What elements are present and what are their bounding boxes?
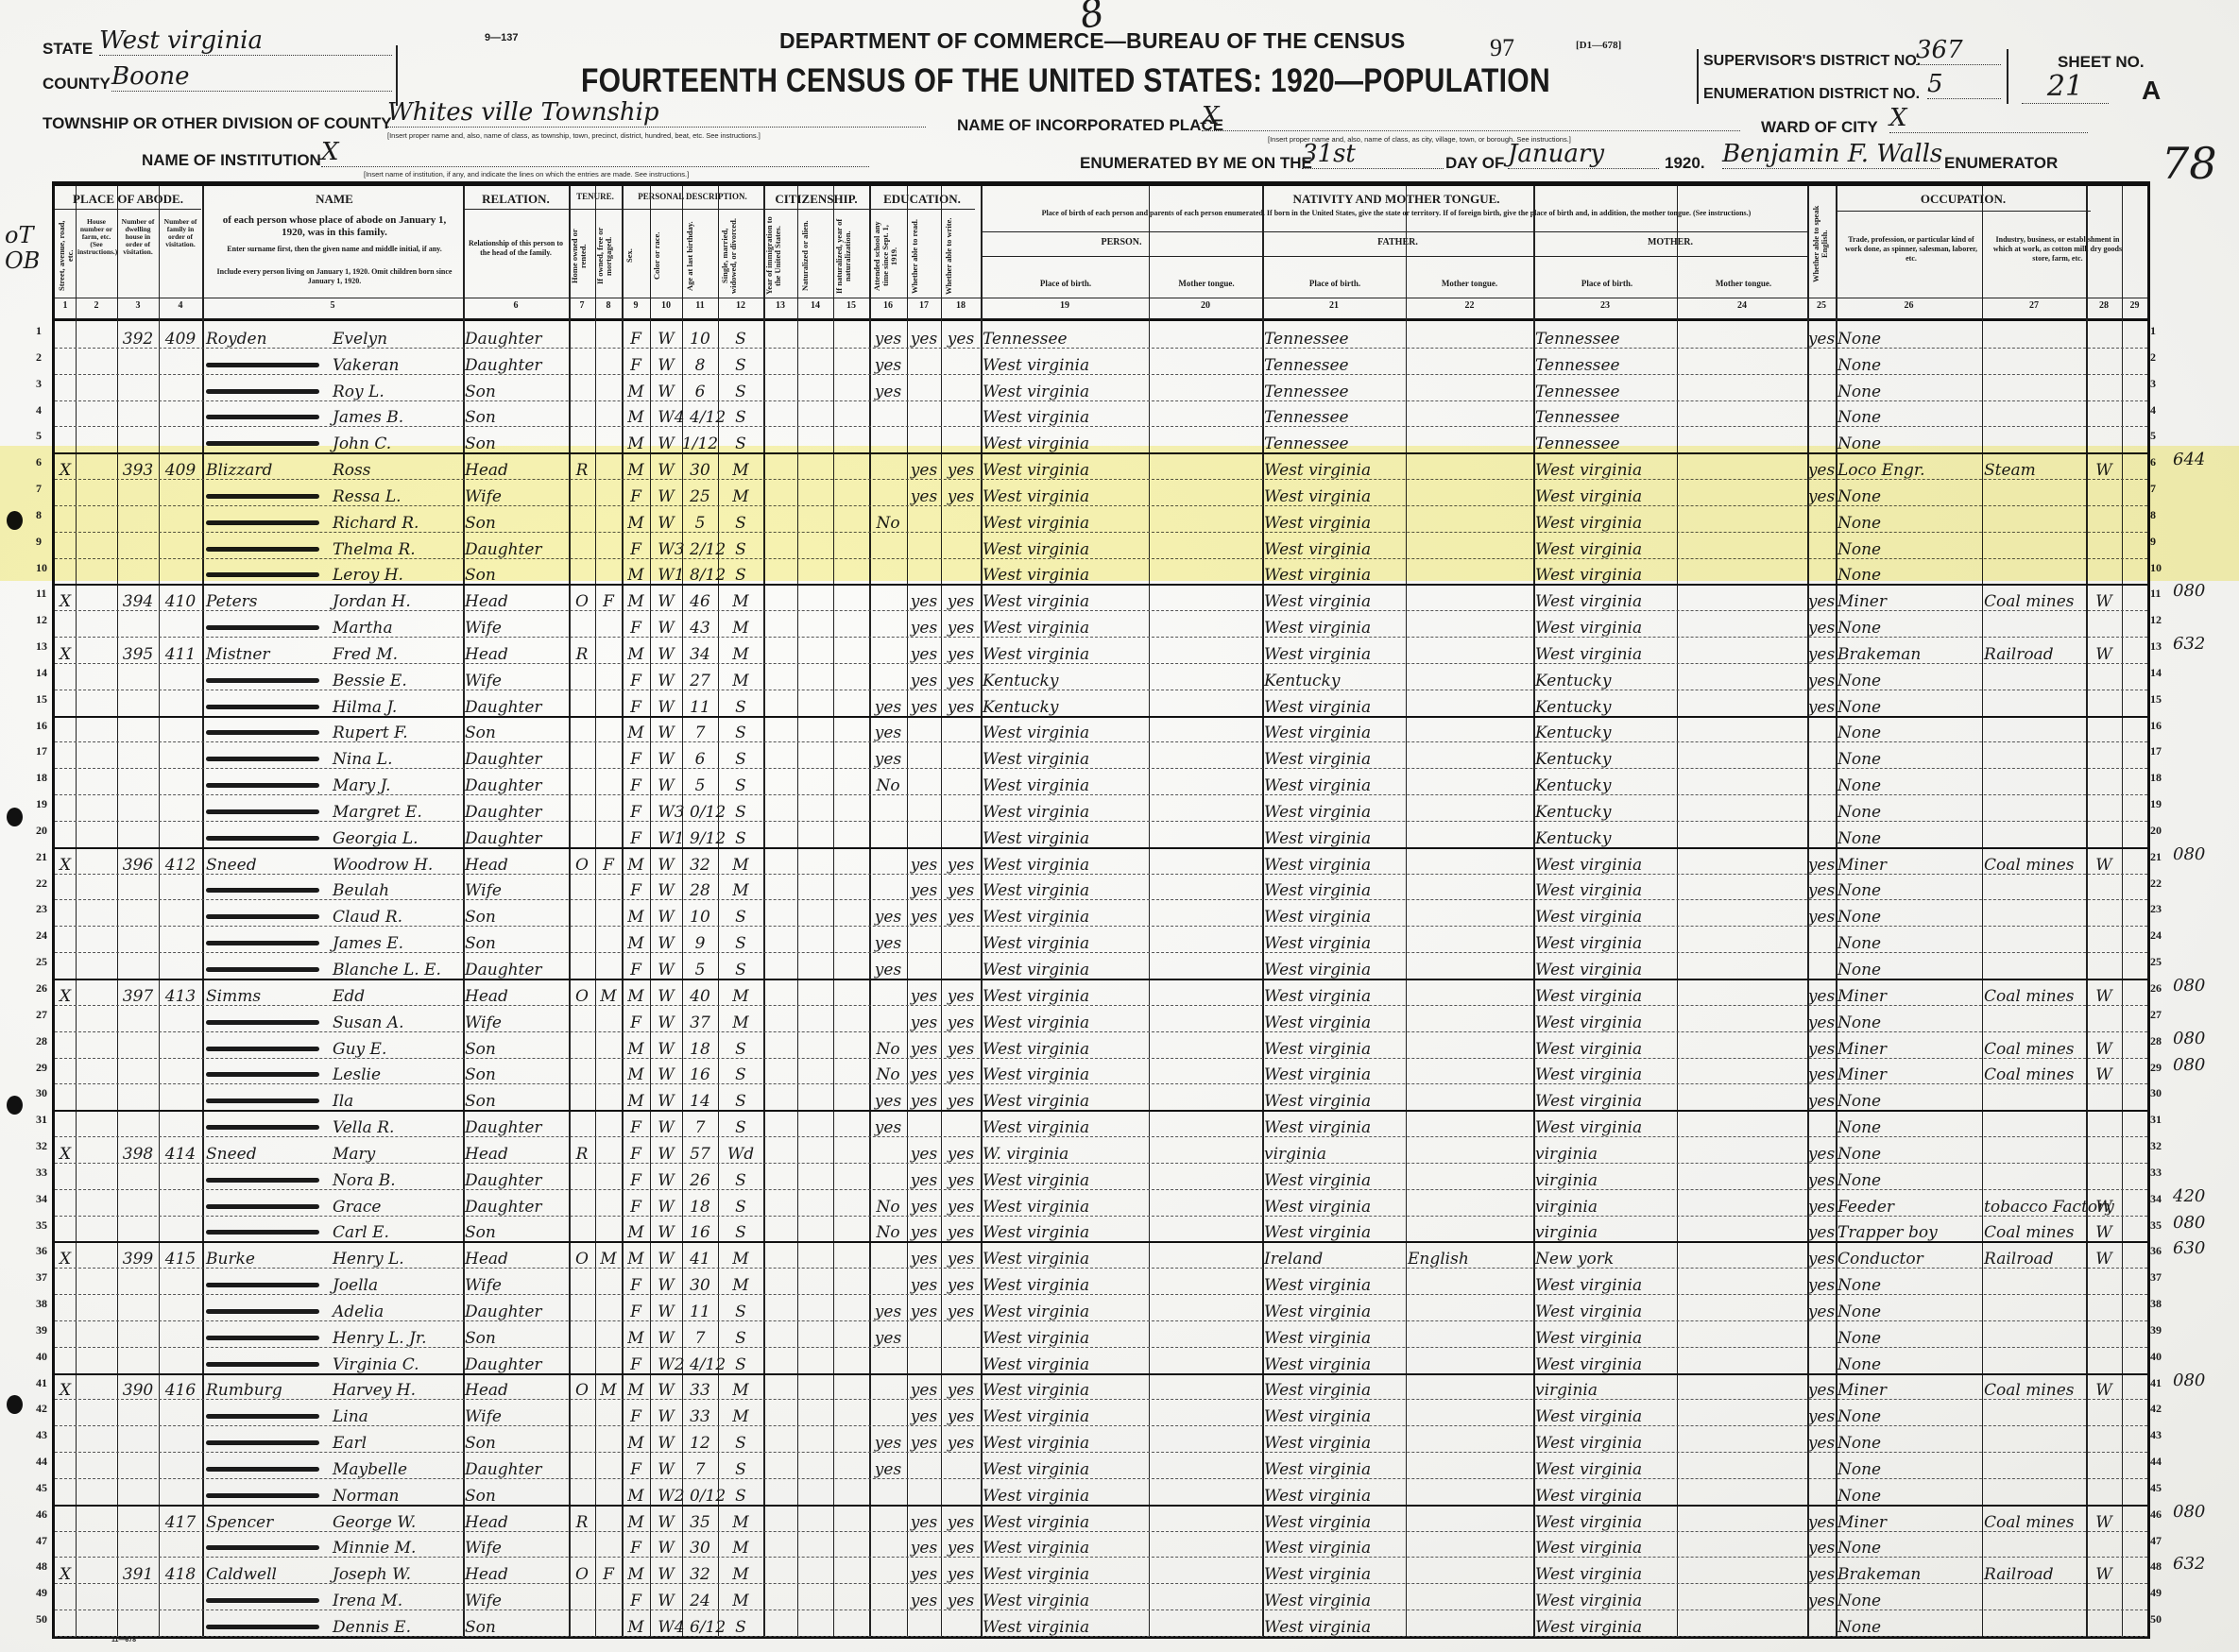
- cell-school: No: [871, 1031, 905, 1059]
- line-number: 18: [36, 771, 47, 785]
- line-number: 22: [2150, 877, 2162, 891]
- occupation-code: 080: [2173, 581, 2205, 601]
- given-name: Woodrow H.: [333, 857, 433, 874]
- ditto-mark: [206, 1283, 319, 1287]
- line-number: 29: [2150, 1061, 2162, 1075]
- cell-relation: Head: [465, 1557, 567, 1584]
- cell-write: yes: [943, 1531, 979, 1558]
- cell-father-birth: West virginia: [1264, 979, 1404, 1006]
- cell-sex: F: [624, 952, 648, 979]
- cell-industry: Coal mines: [1984, 1373, 2084, 1401]
- cell-sex: M: [624, 1425, 648, 1453]
- incorporated-value: X: [1202, 102, 1740, 131]
- line-number: 42: [36, 1402, 47, 1416]
- table-row: John C.SonMW1/12SWest virginiaTennesseeT…: [55, 426, 2147, 454]
- cell-home: O: [571, 979, 593, 1006]
- cell-read: yes: [909, 1373, 939, 1401]
- column-number: 6: [463, 300, 569, 311]
- occupation-code: 632: [2173, 634, 2205, 654]
- surname: Royden: [206, 331, 319, 348]
- line-number: 9: [2150, 535, 2156, 549]
- county-label: COUNTY: [43, 75, 111, 94]
- column-number: 20: [1149, 300, 1262, 311]
- line-number: 5: [36, 429, 42, 443]
- cell-age: 30: [684, 1268, 716, 1295]
- cell-relation: Daughter: [465, 794, 567, 822]
- cell-relation: Head: [465, 452, 567, 480]
- cell-occupation: None: [1837, 1294, 1980, 1321]
- cell-father-birth: West virginia: [1264, 1583, 1404, 1610]
- line-number: 31: [2150, 1113, 2162, 1127]
- surname: Caldwell: [206, 1566, 319, 1583]
- cell-marital: S: [720, 558, 761, 586]
- cell-birth: West virginia: [983, 532, 1147, 559]
- cell-father-birth: West virginia: [1264, 768, 1404, 795]
- cell-mother-birth: West virginia: [1535, 1268, 1675, 1295]
- cell-name: Susan A.: [206, 1005, 461, 1032]
- cell-father-birth: West virginia: [1264, 610, 1404, 638]
- line-number: 48: [2150, 1559, 2162, 1574]
- cell-mother-birth: West virginia: [1535, 558, 1675, 586]
- cell-birth: West virginia: [983, 1531, 1147, 1558]
- cell-marital: M: [720, 1268, 761, 1295]
- line-number: 44: [36, 1455, 47, 1469]
- cell-age: 11: [684, 1294, 716, 1321]
- cell-birth: West virginia: [983, 505, 1147, 533]
- table-row: Nora B.DaughterFW26SyesyesWest virginiaW…: [55, 1163, 2147, 1190]
- group-occupation: OCCUPATION.: [1836, 192, 2091, 207]
- cell-write: yes: [943, 979, 979, 1006]
- line-number: 23: [2150, 902, 2162, 916]
- col17-header: Whether able to read.: [911, 216, 939, 296]
- ditto-mark: [206, 757, 319, 761]
- cell-family: 418: [161, 1557, 200, 1584]
- rule: [981, 231, 1807, 232]
- line-number: 37: [2150, 1270, 2162, 1285]
- cell-occupation: None: [1837, 321, 1980, 349]
- cell-read: yes: [909, 1425, 939, 1453]
- cell-occupation: Trapper boy: [1837, 1216, 1980, 1243]
- cell-occupation: None: [1837, 1110, 1980, 1137]
- cell-birth: West virginia: [983, 558, 1147, 586]
- cell-occupation: None: [1837, 874, 1980, 901]
- cell-occupation: None: [1837, 532, 1980, 559]
- cell-father-birth: West virginia: [1264, 1189, 1404, 1217]
- given-name: John C.: [333, 435, 391, 452]
- cell-race: W: [652, 1425, 680, 1453]
- group-relation: RELATION.: [463, 192, 569, 207]
- cell-read: yes: [909, 690, 939, 717]
- cell-relation: Son: [465, 1425, 567, 1453]
- given-name: Carl E.: [333, 1224, 389, 1241]
- group-abode: PLACE OF ABODE.: [55, 192, 201, 207]
- cell-name: Dennis E.: [206, 1609, 461, 1637]
- cell-write: yes: [943, 1373, 979, 1401]
- line-number: 8: [2150, 508, 2156, 522]
- cell-birth: Tennessee: [983, 321, 1147, 349]
- cell-age: 1 9/12: [684, 821, 716, 848]
- cell-relation: Daughter: [465, 952, 567, 979]
- given-name: Irena M.: [333, 1592, 402, 1609]
- ditto-mark: [206, 415, 319, 419]
- cell-occupation: None: [1837, 1609, 1980, 1637]
- cell-school: yes: [871, 716, 905, 743]
- cell-sex: F: [624, 1005, 648, 1032]
- cell-occupation: None: [1837, 768, 1980, 795]
- cell-name: Mary J.: [206, 768, 461, 795]
- cell-marital: S: [720, 426, 761, 453]
- page-title: FOURTEENTH CENSUS OF THE UNITED STATES: …: [581, 62, 1550, 100]
- cell-father-birth: West virginia: [1264, 1058, 1404, 1085]
- cell-occupation: None: [1837, 1583, 1980, 1610]
- cell-marital: S: [720, 1425, 761, 1453]
- cell-mother-birth: Tennessee: [1535, 426, 1675, 453]
- cell-father-birth: West virginia: [1264, 1452, 1404, 1479]
- cell-name: Hilma J.: [206, 690, 461, 717]
- ditto-mark: [206, 1362, 319, 1367]
- cell-relation: Son: [465, 1216, 567, 1243]
- cell-marital: Wd: [720, 1136, 761, 1164]
- table-row: Blanche L. E.DaughterFW5SyesWest virgini…: [55, 952, 2147, 980]
- township-value: Whites ville Township: [387, 98, 926, 128]
- column-number: 9: [622, 300, 650, 311]
- line-number: 31: [36, 1113, 47, 1127]
- cell-marital: M: [720, 874, 761, 901]
- column-number: 18: [941, 300, 981, 311]
- cell-name: Carl E.: [206, 1216, 461, 1243]
- cell-occupation: Miner: [1837, 584, 1980, 611]
- cell-family: 411: [161, 637, 200, 664]
- cell-race: W: [652, 348, 680, 375]
- cell-race: W: [652, 584, 680, 611]
- cell-relation: Daughter: [465, 1163, 567, 1190]
- cell-free: M: [597, 1373, 620, 1401]
- cell-school: yes: [871, 374, 905, 401]
- column-number: 22: [1406, 300, 1533, 311]
- cell-mother-birth: West virginia: [1535, 1478, 1675, 1506]
- line-number: 30: [36, 1086, 47, 1100]
- cell-family: 413: [161, 979, 200, 1006]
- cell-school: yes: [871, 1294, 905, 1321]
- cell-write: yes: [943, 1557, 979, 1584]
- cell-marital: M: [720, 1505, 761, 1532]
- ditto-mark: [206, 572, 319, 577]
- cell-english: yes: [1809, 1163, 1834, 1190]
- line-number: 6: [36, 455, 42, 469]
- group-mother: MOTHER.: [1533, 237, 1807, 247]
- col13-header: Year of immigration to the United States…: [765, 216, 795, 296]
- table-row: Irena M.WifeFW24MyesyesWest virginiaWest…: [55, 1583, 2147, 1610]
- cell-age: 25: [684, 479, 716, 506]
- column-number: 11: [682, 300, 718, 311]
- cell-free: F: [597, 1557, 620, 1584]
- cell-age: 7: [684, 1110, 716, 1137]
- cell-birth: West virginia: [983, 1268, 1147, 1295]
- cell-name: Nina L.: [206, 741, 461, 769]
- cell-name: Blanche L. E.: [206, 952, 461, 979]
- cell-occupation: None: [1837, 348, 1980, 375]
- cell-marital: S: [720, 1216, 761, 1243]
- cell-marital: S: [720, 716, 761, 743]
- cell-dwelling: 394: [119, 584, 157, 611]
- cell-father-birth: West virginia: [1264, 821, 1404, 848]
- cell-mother-birth: Kentucky: [1535, 716, 1675, 743]
- given-name: Susan A.: [333, 1014, 404, 1031]
- cell-sex: F: [624, 1268, 648, 1295]
- ditto-mark: [206, 678, 319, 683]
- cell-father-birth: West virginia: [1264, 637, 1404, 664]
- cell-read: yes: [909, 847, 939, 875]
- cell-write: yes: [943, 1163, 979, 1190]
- cell-age: 33: [684, 1373, 716, 1401]
- cell-relation: Daughter: [465, 1110, 567, 1137]
- cell-name: Beulah: [206, 874, 461, 901]
- cell-dwelling: 391: [119, 1557, 157, 1584]
- cell-occupation: None: [1837, 558, 1980, 586]
- cell-family: 416: [161, 1373, 200, 1401]
- given-name: Margret E.: [333, 804, 422, 821]
- cell-relation: Wife: [465, 610, 567, 638]
- cell-home: O: [571, 1373, 593, 1401]
- cell-father-birth: West virginia: [1264, 952, 1404, 979]
- line-number: 38: [2150, 1297, 2162, 1311]
- cell-name: Rupert F.: [206, 716, 461, 743]
- cell-read: yes: [909, 1531, 939, 1558]
- cell-employ: W: [2088, 979, 2120, 1006]
- col16-header: Attended school any time since Sept. 1, …: [873, 216, 903, 296]
- cell-marital: S: [720, 1478, 761, 1506]
- cell-write: yes: [943, 1505, 979, 1532]
- cell-employ: W: [2088, 1241, 2120, 1269]
- cell-mother-birth: Tennessee: [1535, 321, 1675, 349]
- cell-occupation: None: [1837, 1478, 1980, 1506]
- line-number: 33: [2150, 1166, 2162, 1180]
- cell-age: 5: [684, 952, 716, 979]
- cell-english: yes: [1809, 663, 1834, 690]
- table-row: Hilma J.DaughterFW11SyesyesyesKentuckyWe…: [55, 690, 2147, 718]
- given-name: Nina L.: [333, 751, 393, 768]
- ditto-mark: [206, 730, 319, 735]
- table-row: X393409BlizzardRossHeadRMW30MyesyesWest …: [55, 452, 2147, 480]
- cell-occupation: None: [1837, 1136, 1980, 1164]
- cell-street: X: [57, 1373, 74, 1401]
- occupation-code: 080: [2173, 1213, 2205, 1233]
- surname: Rumburg: [206, 1382, 319, 1399]
- cell-name: MistnerFred M.: [206, 637, 461, 664]
- given-name: Grace: [333, 1199, 381, 1216]
- cell-english: yes: [1809, 1058, 1834, 1085]
- line-number: 43: [2150, 1428, 2162, 1442]
- ditto-mark: [206, 888, 319, 893]
- cell-relation: Son: [465, 374, 567, 401]
- cell-family: 414: [161, 1136, 200, 1164]
- line-number: 1: [36, 324, 42, 338]
- table-row: Thelma R.DaughterFW3 2/12SWest virginiaW…: [55, 532, 2147, 559]
- line-number: 33: [36, 1166, 47, 1180]
- cell-race: W: [652, 610, 680, 638]
- cell-father-birth: West virginia: [1264, 874, 1404, 901]
- cell-father-birth: West virginia: [1264, 690, 1404, 717]
- cell-relation: Son: [465, 1478, 567, 1506]
- cell-dwelling: 395: [119, 637, 157, 664]
- cell-relation: Wife: [465, 1268, 567, 1295]
- cell-father-birth: West virginia: [1264, 532, 1404, 559]
- occupation-code: 632: [2173, 1554, 2205, 1574]
- cell-write: yes: [943, 452, 979, 480]
- line-number: 24: [2150, 928, 2162, 943]
- cell-industry: Railroad: [1984, 637, 2084, 664]
- cell-father-birth: virginia: [1264, 1136, 1404, 1164]
- cell-race: W: [652, 716, 680, 743]
- cell-english: yes: [1809, 321, 1834, 349]
- cell-relation: Head: [465, 1241, 567, 1269]
- cell-father-birth: Tennessee: [1264, 348, 1404, 375]
- cell-employ: W: [2088, 1557, 2120, 1584]
- cell-mother-birth: West virginia: [1535, 1320, 1675, 1348]
- name-note-1: Enter surname first, then the given name…: [214, 245, 455, 254]
- cell-english: yes: [1809, 1505, 1834, 1532]
- col9-header: Sex.: [625, 216, 646, 296]
- cell-mother-birth: West virginia: [1535, 874, 1675, 901]
- cell-relation: Daughter: [465, 348, 567, 375]
- ditto-mark: [206, 1598, 319, 1603]
- cell-birth: West virginia: [983, 874, 1147, 901]
- cell-write: yes: [943, 874, 979, 901]
- cell-write: yes: [943, 1425, 979, 1453]
- cell-age: 3 2/12: [684, 532, 716, 559]
- given-name: Rupert F.: [333, 724, 408, 741]
- given-name: Earl: [333, 1435, 367, 1452]
- given-name: Adelia: [333, 1303, 384, 1320]
- cell-english: yes: [1809, 1083, 1834, 1111]
- cell-mother-birth: West virginia: [1535, 1609, 1675, 1637]
- cell-race: W: [652, 1452, 680, 1479]
- cell-marital: S: [720, 321, 761, 349]
- cell-relation: Daughter: [465, 321, 567, 349]
- cell-name: Richard R.: [206, 505, 461, 533]
- line-number: 47: [36, 1534, 47, 1548]
- cell-age: 10: [684, 899, 716, 927]
- cell-occupation: Conductor: [1837, 1241, 1980, 1269]
- cell-father-birth: West virginia: [1264, 1347, 1404, 1374]
- cell-relation: Son: [465, 558, 567, 586]
- given-name: Martha: [333, 620, 393, 637]
- cell-age: 7: [684, 1320, 716, 1348]
- enumerated-day: 31st: [1302, 140, 1444, 169]
- column-number: 13: [763, 300, 797, 311]
- table-row: Ressa L.WifeFW25MyesyesWest virginiaWest…: [55, 479, 2147, 506]
- cell-birth: West virginia: [983, 374, 1147, 401]
- table-row: Nina L.DaughterFW6SyesWest virginiaWest …: [55, 741, 2147, 769]
- cell-street: X: [57, 1557, 74, 1584]
- cell-sex: F: [624, 479, 648, 506]
- margin-number: 78: [2162, 138, 2217, 189]
- column-number: 10: [650, 300, 682, 311]
- line-number: 4: [36, 403, 42, 417]
- given-name: Minnie M.: [333, 1540, 416, 1557]
- cell-mother-birth: New york: [1535, 1241, 1675, 1269]
- cell-family: 410: [161, 584, 200, 611]
- occupation-code: 080: [2173, 976, 2205, 996]
- cell-age: 1/12: [684, 426, 716, 453]
- cell-age: 9: [684, 926, 716, 953]
- cell-street: X: [57, 584, 74, 611]
- cell-age: 2 0/12: [684, 1478, 716, 1506]
- given-name: Joella: [333, 1277, 378, 1294]
- cell-english: yes: [1809, 1425, 1834, 1453]
- cell-read: yes: [909, 874, 939, 901]
- state-county-bracket: [392, 45, 398, 106]
- given-name: Joseph W.: [333, 1566, 411, 1583]
- rule: [55, 209, 201, 210]
- cell-dwelling: 399: [119, 1241, 157, 1269]
- cell-birth: West virginia: [983, 452, 1147, 480]
- cell-industry: Railroad: [1984, 1557, 2084, 1584]
- surname: Sneed: [206, 1146, 319, 1163]
- census-page: STATE West virginia COUNTY Boone 9—137 D…: [0, 0, 2239, 1652]
- cell-marital: S: [720, 741, 761, 769]
- given-name: Dennis E.: [333, 1619, 411, 1636]
- cell-sex: M: [624, 1478, 648, 1506]
- cell-english: yes: [1809, 1031, 1834, 1059]
- ditto-mark: [206, 520, 319, 525]
- cell-father-birth: West virginia: [1264, 1268, 1404, 1295]
- table-row: X395411MistnerFred M.HeadRMW34MyesyesWes…: [55, 637, 2147, 664]
- given-name: Mary: [333, 1146, 375, 1163]
- cell-marital: S: [720, 1452, 761, 1479]
- cell-race: W: [652, 505, 680, 533]
- cell-street: X: [57, 1241, 74, 1269]
- cell-industry: Railroad: [1984, 1241, 2084, 1269]
- cell-industry: Steam: [1984, 452, 2084, 480]
- line-number: 17: [36, 744, 47, 758]
- cell-sex: M: [624, 1083, 648, 1111]
- given-name: Guy E.: [333, 1041, 386, 1058]
- cell-name: James E.: [206, 926, 461, 953]
- line-number: 39: [2150, 1323, 2162, 1337]
- district-bracket-right: [2005, 49, 2008, 104]
- cell-occupation: Miner: [1837, 979, 1980, 1006]
- cell-birth: West virginia: [983, 1110, 1147, 1137]
- cell-name: BurkeHenry L.: [206, 1241, 461, 1269]
- cell-read: yes: [909, 1399, 939, 1426]
- cell-school: yes: [871, 1083, 905, 1111]
- cell-relation: Head: [465, 584, 567, 611]
- cell-name: PetersJordan H.: [206, 584, 461, 611]
- cell-english: yes: [1809, 1136, 1834, 1164]
- rule: [463, 209, 869, 210]
- cell-name: Earl: [206, 1425, 461, 1453]
- cell-read: yes: [909, 1083, 939, 1111]
- cell-occupation: None: [1837, 1452, 1980, 1479]
- table-row: Guy E.SonMW18SNoyesyesWest virginiaWest …: [55, 1031, 2147, 1059]
- cell-birth: West virginia: [983, 348, 1147, 375]
- cell-relation: Son: [465, 1031, 567, 1059]
- cell-write: yes: [943, 1216, 979, 1243]
- occupation-code: 630: [2173, 1238, 2205, 1258]
- cell-sex: F: [624, 1294, 648, 1321]
- punch-hole-icon: [7, 511, 23, 530]
- cell-birth: West virginia: [983, 1505, 1147, 1532]
- margin-note: OB: [5, 247, 40, 274]
- cell-father-birth: West virginia: [1264, 1478, 1404, 1506]
- cell-name: Lina: [206, 1399, 461, 1426]
- cell-father-birth: Tennessee: [1264, 400, 1404, 428]
- cell-age: 30: [684, 452, 716, 480]
- line-number: 41: [36, 1376, 47, 1390]
- cell-race: W: [652, 1241, 680, 1269]
- cell-marital: S: [720, 1294, 761, 1321]
